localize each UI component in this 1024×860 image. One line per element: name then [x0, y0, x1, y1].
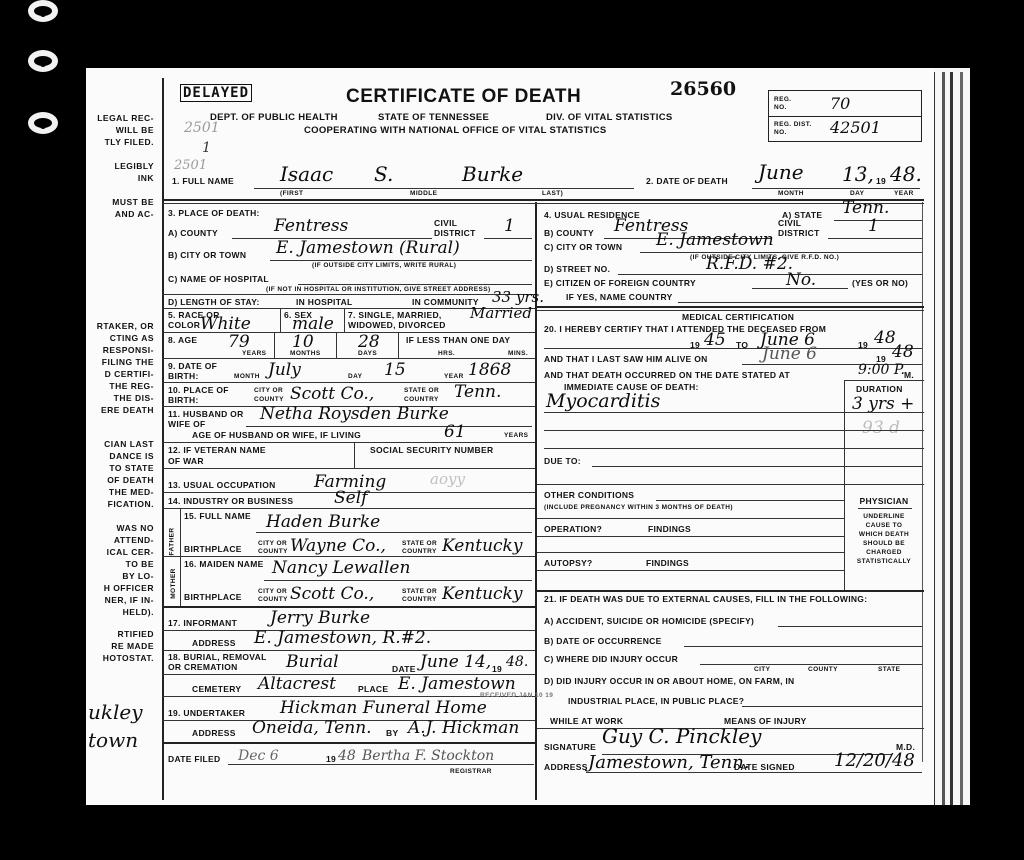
yes-no-note: (YES OR NO) — [852, 278, 908, 288]
margin-handwriting: ukley — [88, 700, 143, 724]
dob-year[interactable]: 1868 — [468, 360, 511, 380]
mother-county[interactable]: Scott Co., — [290, 584, 374, 604]
spouse-age[interactable]: 61 — [444, 422, 466, 442]
residence-county-label: B) COUNTY — [544, 228, 594, 238]
film-sprocket-hole — [28, 50, 58, 72]
margin-instructions-bottom: RTIFIED RE MADE HOTOSTAT. — [88, 628, 154, 664]
dob-year-label: YEAR — [444, 373, 464, 380]
undertaker-by[interactable]: A.J. Hickman — [408, 718, 519, 738]
residence-civil-district[interactable]: 1 — [868, 216, 879, 236]
cemetery-value[interactable]: Altacrest — [258, 674, 336, 694]
pob-county[interactable]: Scott Co., — [290, 384, 374, 404]
death-time[interactable]: 9:00 P. — [858, 362, 905, 378]
pob-state[interactable]: Tenn. — [454, 382, 501, 402]
physician-address[interactable]: Jamestown, Tenn. — [588, 752, 750, 773]
cemetery-label: CEMETERY — [192, 684, 241, 694]
date-filed-value[interactable]: Dec 6 — [238, 748, 279, 764]
undertaker-address-label: ADDRESS — [192, 728, 236, 738]
father-birthplace-label: BIRTHPLACE — [184, 544, 242, 554]
death-city-label: B) CITY OR TOWN — [168, 250, 246, 260]
father-name-label: 15. FULL NAME — [184, 511, 256, 521]
month-sub-label: MONTH — [778, 190, 804, 197]
less-than-day-label: IF LESS THAN ONE DAY — [406, 335, 510, 345]
foreign-citizen-label: E) CITIZEN OF FOREIGN COUNTRY — [544, 278, 696, 288]
informant-value[interactable]: Jerry Burke — [270, 608, 370, 628]
duration-label: DURATION — [856, 384, 903, 394]
to-year-prefix: 19 — [858, 340, 868, 350]
burial-value[interactable]: Burial — [286, 652, 339, 672]
dob-day[interactable]: 15 — [384, 360, 406, 380]
external-causes-label: 21. IF DEATH WAS DUE TO EXTERNAL CAUSES,… — [544, 594, 884, 604]
duration-pencil: 93 d — [862, 418, 900, 438]
mother-birthplace-label: BIRTHPLACE — [184, 592, 242, 602]
mother-state[interactable]: Kentucky — [442, 584, 522, 604]
foreign-citizen-value[interactable]: No. — [786, 270, 816, 290]
death-county-value[interactable]: Fentress — [274, 216, 348, 236]
occupation-label: 13. USUAL OCCUPATION — [168, 480, 276, 490]
date-occurrence-label: B) DATE OF OCCURRENCE — [544, 636, 662, 646]
mother-name[interactable]: Nancy Lewallen — [272, 558, 410, 578]
death-county-label: A) COUNTY — [168, 228, 218, 238]
signature-label: SIGNATURE — [544, 742, 596, 752]
certificate-number: 26560 — [670, 78, 736, 100]
death-city-value[interactable]: E. Jamestown (Rural) — [276, 238, 460, 258]
physician-note: UNDERLINE CAUSE TO WHICH DEATH SHOULD BE… — [846, 512, 922, 566]
reg-no-label: REG. NO. — [774, 96, 802, 112]
physician-signature[interactable]: Guy C. Pinckley — [602, 724, 761, 748]
middle-sub-label: MIDDLE — [410, 190, 437, 197]
immediate-cause-value[interactable]: Myocarditis — [546, 390, 660, 412]
received-stamp: RECEIVED JAN 10 19 — [480, 692, 553, 699]
date-of-death-label: 2. DATE OF DEATH — [646, 176, 728, 186]
attended-from-year[interactable]: 45 — [704, 330, 726, 350]
autopsy-findings-label: FINDINGS — [646, 558, 689, 568]
pob-city-county-label: CITY OR COUNTY — [254, 386, 290, 404]
mother-county-label: CITY OR COUNTY — [258, 588, 290, 604]
margin-instructions-low: CIAN LAST DANCE IS TO STATE OF DEATH THE… — [88, 438, 154, 618]
informant-label: 17. INFORMANT — [168, 618, 237, 628]
day-sub-label: DAY — [850, 190, 864, 197]
father-county-label: CITY OR COUNTY — [258, 540, 290, 556]
place-of-death-label: 3. PLACE OF DEATH: — [168, 208, 260, 218]
due-to-label: DUE TO: — [544, 456, 581, 466]
dob-month-label: MONTH — [234, 373, 260, 380]
age-months[interactable]: 10 — [292, 332, 314, 352]
year-sub-label: YEAR — [894, 190, 914, 197]
residence-civil-district-label: CIVIL DISTRICT — [778, 218, 826, 238]
filed-year-prefix: 19 — [326, 754, 336, 764]
pencil-note: 2501 — [174, 158, 207, 173]
death-civil-district-label: CIVIL DISTRICT — [434, 218, 484, 238]
injury-city-label: CITY — [754, 666, 770, 673]
registrar-name[interactable]: Bertha F. Stockton — [362, 748, 494, 764]
occupation-pencil: aoyy — [430, 470, 465, 488]
death-civil-district-value[interactable]: 1 — [504, 216, 515, 236]
informant-address[interactable]: E. Jamestown, R.#2. — [254, 628, 431, 648]
age-days[interactable]: 28 — [358, 332, 380, 352]
reg-dist-label: REG. DIST. NO. — [774, 121, 814, 137]
industry-label: 14. INDUSTRY OR BUSINESS — [168, 496, 293, 506]
death-month[interactable]: June — [758, 160, 804, 184]
hospital-note: (IF NOT IN HOSPITAL OR INSTITUTION, GIVE… — [266, 286, 491, 293]
days-sub-label: DAYS — [358, 350, 377, 357]
mother-name-label: 16. MAIDEN NAME — [184, 559, 264, 569]
hrs-sub-label: HRS. — [438, 350, 455, 357]
injury-county-label: COUNTY — [808, 666, 838, 673]
years-sub-label: YEARS — [242, 350, 266, 357]
delayed-stamp: DELAYED — [180, 84, 252, 102]
date-signed-value[interactable]: 12/20/48 — [834, 750, 915, 771]
pob-label: 10. PLACE OF BIRTH: — [168, 385, 248, 405]
full-name-first[interactable]: Isaac — [280, 162, 333, 186]
last-saw-date[interactable]: June 6 — [762, 344, 817, 364]
undertaker-label: 19. UNDERTAKER — [168, 708, 245, 718]
father-name[interactable]: Haden Burke — [266, 512, 380, 532]
name-country-label: IF YES, NAME COUNTRY — [566, 292, 673, 302]
last-saw-label: AND THAT I LAST SAW HIM ALIVE ON — [544, 354, 708, 364]
last-sub-label: LAST) — [542, 190, 563, 197]
death-time-suffix: M. — [904, 370, 914, 380]
date-signed-label: DATE SIGNED — [734, 762, 795, 772]
physician-heading: PHYSICIAN — [846, 496, 922, 506]
hospital-label: C) NAME OF HOSPITAL — [168, 274, 269, 284]
margin-handwriting: town — [88, 728, 138, 752]
reg-no-value: 70 — [830, 94, 850, 113]
mother-state-label: STATE OR COUNTRY — [402, 588, 442, 604]
to-label: TO — [736, 340, 748, 350]
father-county[interactable]: Wayne Co., — [290, 536, 386, 556]
medical-certification-heading: MEDICAL CERTIFICATION — [682, 312, 794, 322]
film-sprocket-hole — [28, 112, 58, 134]
death-certificate-form: DELAYED CERTIFICATE OF DEATH 26560 DEPT.… — [162, 78, 924, 800]
full-name-middle[interactable]: S. — [374, 162, 393, 186]
death-year-prefix: 19 — [876, 176, 886, 186]
other-conditions-label: OTHER CONDITIONS — [544, 490, 634, 500]
sex-value[interactable]: male — [292, 314, 334, 334]
cooperating-line: COOPERATING WITH NATIONAL OFFICE OF VITA… — [304, 125, 607, 136]
ssn-label: SOCIAL SECURITY NUMBER — [370, 445, 493, 455]
age-years[interactable]: 79 — [228, 332, 250, 352]
residence-state[interactable]: Tenn. — [842, 198, 889, 218]
burial-place-label: PLACE — [358, 684, 388, 694]
autopsy-label: AUTOPSY? — [544, 558, 593, 568]
street-value[interactable]: R.F.D. #2. — [706, 254, 793, 274]
other-conditions-note: (INCLUDE PREGNANCY WITHIN 3 MONTHS OF DE… — [544, 504, 733, 511]
industry-value[interactable]: Self — [334, 488, 367, 508]
length-of-stay-label: D) LENGTH OF STAY: — [168, 297, 260, 307]
death-city-note: (IF OUTSIDE CITY LIMITS, WRITE RURAL) — [312, 262, 456, 269]
reg-dist-value: 42501 — [830, 118, 881, 137]
spouse-age-label: AGE OF HUSBAND OR WIFE, IF LIVING — [192, 430, 361, 440]
father-side-label: FATHER — [168, 528, 175, 556]
spouse-label: 11. HUSBAND OR WIFE OF — [168, 409, 248, 429]
industrial-place-label: INDUSTRIAL PLACE, IN PUBLIC PLACE? — [568, 696, 744, 706]
dob-month[interactable]: July — [268, 360, 301, 380]
page-stack-edge — [928, 68, 970, 805]
dob-day-label: DAY — [348, 373, 362, 380]
dept-public-health: DEPT. OF PUBLIC HEALTH — [210, 112, 338, 123]
filed-year[interactable]: 48 — [338, 748, 356, 764]
accident-label: A) ACCIDENT, SUICIDE OR HOMICIDE (SPECIF… — [544, 616, 754, 626]
residence-city[interactable]: E. Jamestown — [656, 230, 774, 250]
operation-label: OPERATION? — [544, 524, 602, 534]
pob-state-label: STATE OR COUNTRY — [404, 386, 448, 404]
residence-city-label: C) CITY OR TOWN — [544, 242, 622, 252]
race-value[interactable]: White — [200, 314, 251, 334]
burial-year-prefix: 19 — [492, 664, 502, 674]
full-name-last[interactable]: Burke — [462, 162, 523, 186]
mother-side-label: MOTHER — [170, 568, 177, 599]
last-saw-year[interactable]: 48 — [892, 342, 914, 362]
physician-address-label: ADDRESS — [544, 762, 588, 772]
undertaker-value[interactable]: Hickman Funeral Home — [280, 698, 487, 718]
father-state-label: STATE OR COUNTRY — [402, 540, 442, 556]
burial-date[interactable]: June 14, — [420, 652, 491, 672]
pencil-note: 1 — [202, 140, 211, 156]
dob-label: 9. DATE OF BIRTH: — [168, 361, 228, 381]
mins-sub-label: MINS. — [508, 350, 528, 357]
in-hospital-label: IN HOSPITAL — [296, 297, 353, 307]
spouse-years-label: YEARS — [504, 432, 528, 439]
burial-label: 18. BURIAL, REMOVAL OR CREMATION — [168, 652, 278, 672]
document-title: CERTIFICATE OF DEATH — [346, 86, 581, 108]
in-community-label: IN COMMUNITY — [412, 297, 479, 307]
veteran-label: 12. IF VETERAN NAME OF WAR — [168, 445, 268, 467]
injury-state-label: STATE — [878, 666, 900, 673]
street-label: D) STREET NO. — [544, 264, 610, 274]
death-year[interactable]: 48. — [890, 162, 922, 186]
where-injury-label: C) WHERE DID INJURY OCCUR — [544, 654, 678, 664]
film-sprocket-hole — [28, 0, 58, 22]
months-sub-label: MONTHS — [290, 350, 321, 357]
spouse-name[interactable]: Netha Roysden Burke — [260, 404, 449, 424]
age-label: 8. AGE — [168, 335, 197, 345]
state-of-tennessee: STATE OF TENNESSEE — [378, 112, 489, 123]
undertaker-address[interactable]: Oneida, Tenn. — [252, 718, 372, 738]
full-name-label: 1. FULL NAME — [172, 176, 234, 186]
div-vital-statistics: DIV. OF VITAL STATISTICS — [546, 112, 673, 123]
operation-findings-label: FINDINGS — [648, 524, 691, 534]
death-day[interactable]: 13, — [842, 162, 874, 186]
burial-date-label: DATE — [392, 664, 416, 674]
injury-home-label: D) DID INJURY OCCUR IN OR ABOUT HOME, ON… — [544, 676, 795, 686]
undertaker-by-label: BY — [386, 728, 398, 738]
pencil-note: 2501 — [184, 120, 220, 136]
burial-place[interactable]: E. Jamestown — [398, 674, 516, 694]
informant-address-label: ADDRESS — [192, 638, 236, 648]
father-state[interactable]: Kentucky — [442, 536, 522, 556]
marital-value[interactable]: Married — [470, 304, 532, 322]
burial-year[interactable]: 48. — [506, 654, 528, 670]
from-year-prefix: 19 — [690, 340, 700, 350]
first-sub-label: (FIRST — [280, 190, 303, 197]
registrar-label: REGISTRAR — [450, 768, 492, 775]
marital-label: 7. SINGLE, MARRIED, WIDOWED, DIVORCED — [348, 310, 488, 330]
duration-value[interactable]: 3 yrs + — [852, 394, 914, 414]
margin-instructions-top: LEGAL REC- WILL BE TLY FILED. LEGIBLY IN… — [88, 112, 154, 220]
margin-instructions-mid: RTAKER, OR CTING AS RESPONSI- FILING THE… — [88, 320, 154, 416]
death-occurred-label: AND THAT DEATH OCCURRED ON THE DATE STAT… — [544, 370, 790, 380]
date-filed-label: DATE FILED — [168, 754, 220, 764]
